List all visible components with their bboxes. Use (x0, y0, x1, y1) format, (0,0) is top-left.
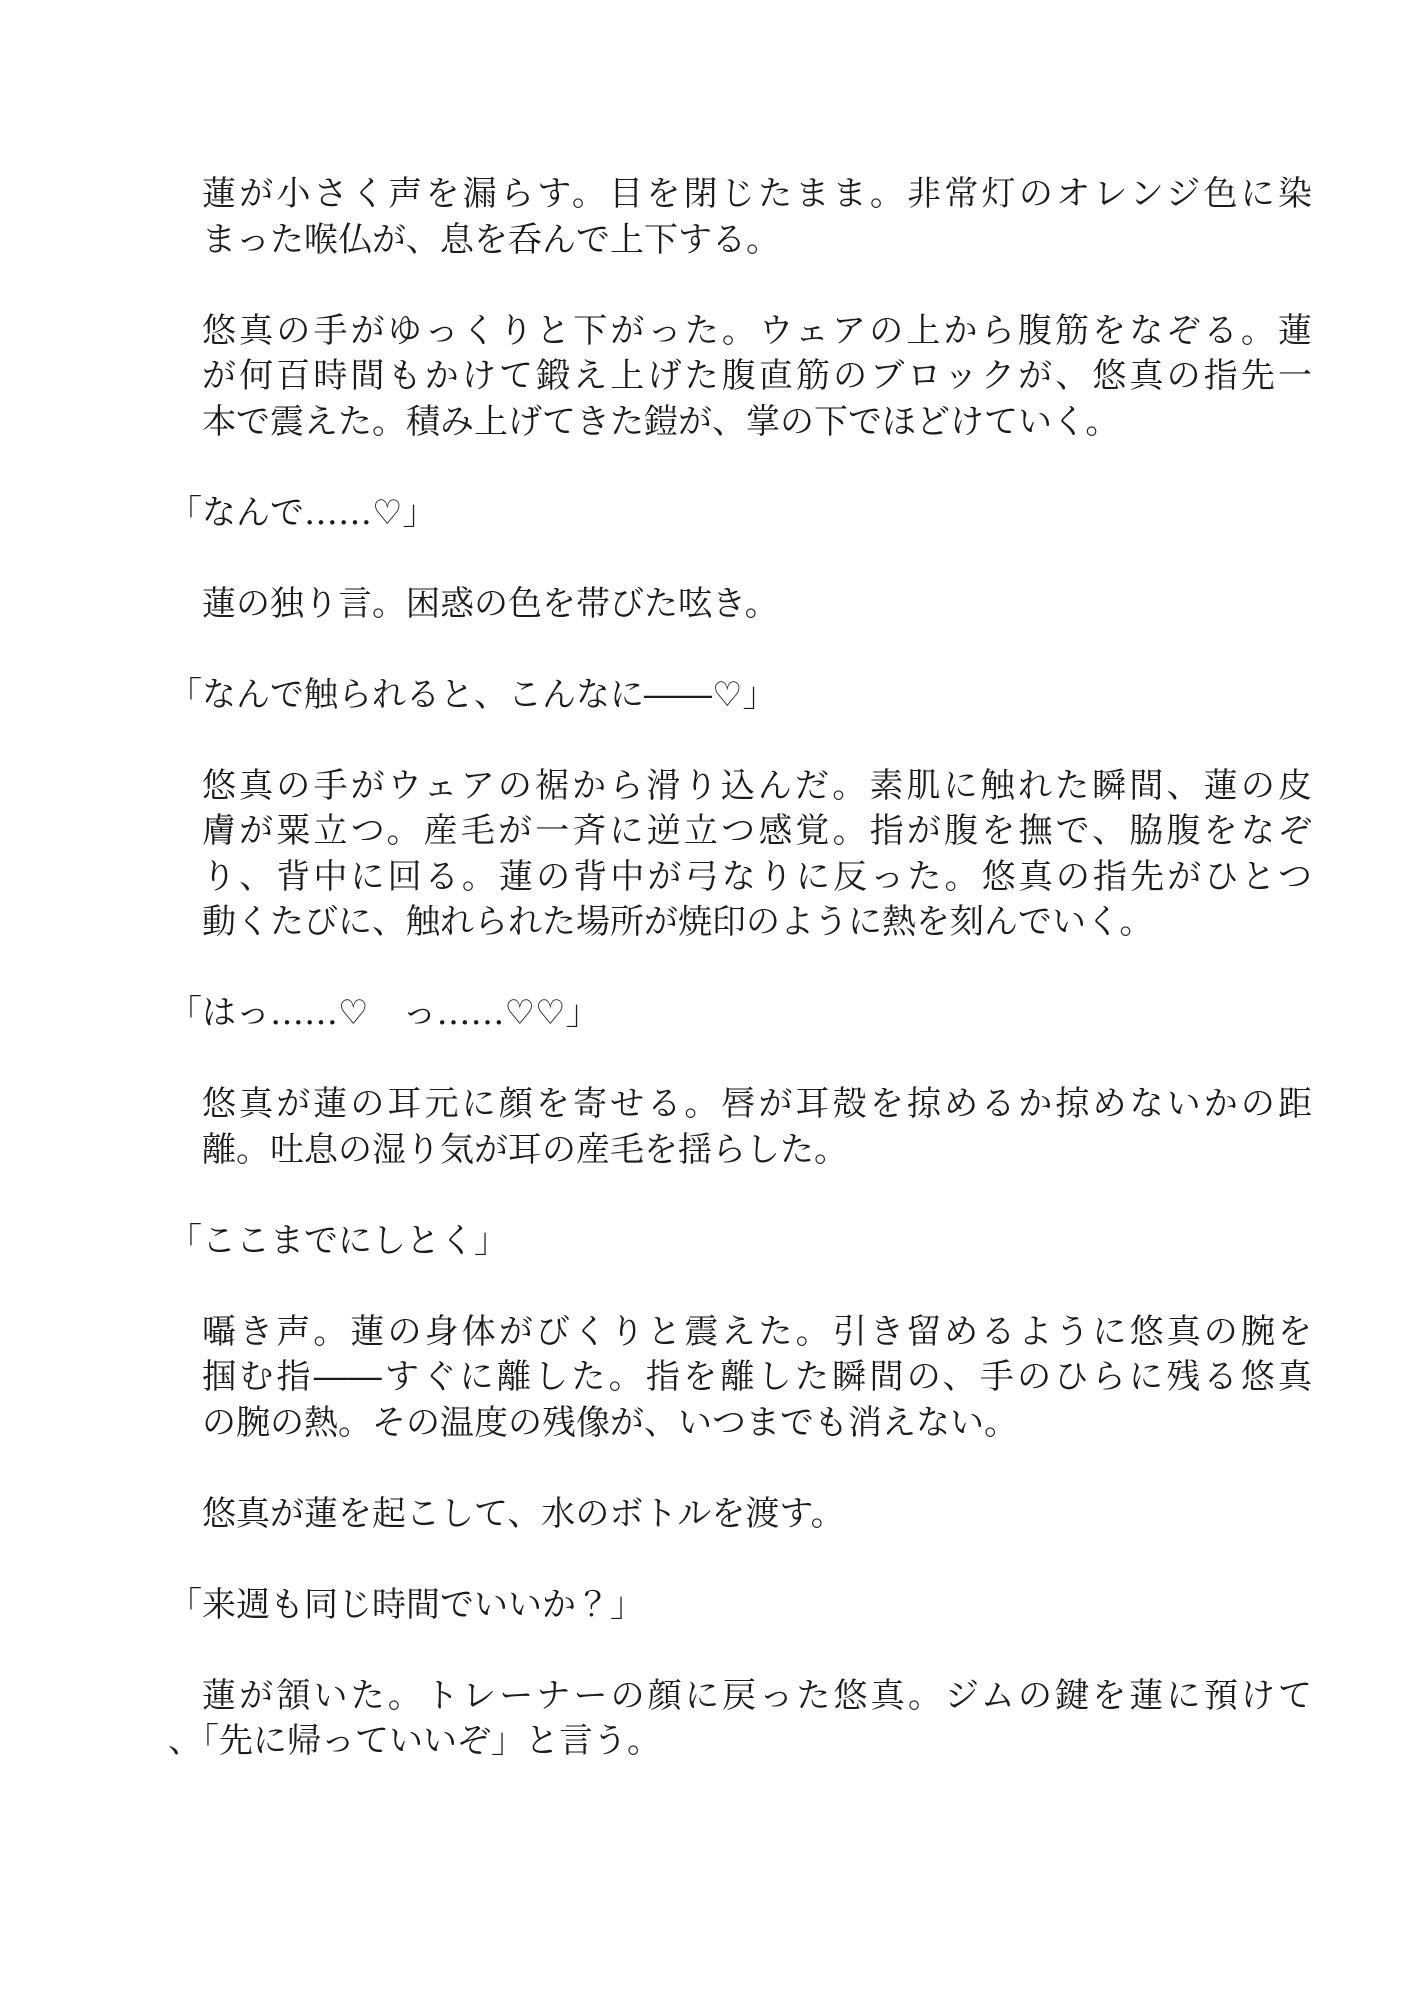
paragraph-1: 蓮が小さく声を漏らす。目を閉じたまま。非常灯のオレンジ色に染まった喉仏が、息を呑… (202, 172, 1312, 263)
dialogue-1: 「なんで……♡」 (202, 491, 1312, 537)
dialogue-3: 「はっ……♡ っ……♡♡」 (202, 991, 1312, 1037)
text-line: 「はっ……♡ っ……♡♡」 (168, 991, 1312, 1037)
text-line: の腕の熱。その温度の残像が、いつまでも消えない。 (202, 1401, 1312, 1447)
text-line: 掴む指――すぐに離した。指を離した瞬間の、手のひらに残る悠真 (202, 1355, 1312, 1401)
text-line: 悠真の手がウェアの裾から滑り込んだ。素肌に触れた瞬間、蓮の皮 (202, 764, 1312, 810)
text-line: 、「先に帰っていいぞ」と言う。 (168, 1719, 1312, 1765)
text-line: 悠真の手がゆっくりと下がった。ウェアの上から腹筋をなぞる。蓮 (202, 309, 1312, 355)
paragraph-5: 悠真が蓮の耳元に顔を寄せる。唇が耳殻を掠めるか掠めないかの距離。吐息の湿り気が耳… (202, 1082, 1312, 1173)
text-line: が何百時間もかけて鍛え上げた腹直筋のブロックが、悠真の指先一 (202, 354, 1312, 400)
text-line: 動くたびに、触れられた場所が焼印のように熱を刻んでいく。 (202, 900, 1312, 946)
text-line: 「なんで……♡」 (168, 491, 1312, 537)
text-line: 蓮の独り言。困惑の色を帯びた呟き。 (202, 582, 1312, 628)
text-line: 本で震えた。積み上げてきた鎧が、掌の下でほどけていく。 (202, 400, 1312, 446)
dialogue-5: 「来週も同じ時間でいいか？」 (202, 1583, 1312, 1629)
paragraph-6: 囁き声。蓮の身体がびくりと震えた。引き留めるように悠真の腕を掴む指――すぐに離し… (202, 1310, 1312, 1447)
text-line: 「なんで触られると、こんなに――♡」 (168, 673, 1312, 719)
text-line: 蓮が小さく声を漏らす。目を閉じたまま。非常灯のオレンジ色に染 (202, 172, 1312, 218)
paragraph-2: 悠真の手がゆっくりと下がった。ウェアの上から腹筋をなぞる。蓮が何百時間もかけて鍛… (202, 309, 1312, 446)
text-line: まった喉仏が、息を呑んで上下する。 (202, 218, 1312, 264)
dialogue-2: 「なんで触られると、こんなに――♡」 (202, 673, 1312, 719)
text-line: 悠真が蓮を起こして、水のボトルを渡す。 (202, 1492, 1312, 1538)
text-line: 「来週も同じ時間でいいか？」 (168, 1583, 1312, 1629)
text-line: 膚が粟立つ。産毛が一斉に逆立つ感覚。指が腹を撫で、脇腹をなぞ (202, 809, 1312, 855)
paragraph-3: 蓮の独り言。困惑の色を帯びた呟き。 (202, 582, 1312, 628)
document-page: 蓮が小さく声を漏らす。目を閉じたまま。非常灯のオレンジ色に染まった喉仏が、息を呑… (202, 172, 1312, 1765)
text-line: り、背中に回る。蓮の背中が弓なりに反った。悠真の指先がひとつ (202, 855, 1312, 901)
text-line: 「ここまでにしとく」 (168, 1219, 1312, 1265)
paragraph-4: 悠真の手がウェアの裾から滑り込んだ。素肌に触れた瞬間、蓮の皮膚が粟立つ。産毛が一… (202, 764, 1312, 946)
text-line: 離。吐息の湿り気が耳の産毛を揺らした。 (202, 1128, 1312, 1174)
dialogue-4: 「ここまでにしとく」 (202, 1219, 1312, 1265)
text-line: 蓮が頷いた。トレーナーの顔に戻った悠真。ジムの鍵を蓮に預けて (202, 1674, 1312, 1720)
paragraph-8: 蓮が頷いた。トレーナーの顔に戻った悠真。ジムの鍵を蓮に預けて、「先に帰っていいぞ… (202, 1674, 1312, 1765)
text-line: 囁き声。蓮の身体がびくりと震えた。引き留めるように悠真の腕を (202, 1310, 1312, 1356)
paragraph-7: 悠真が蓮を起こして、水のボトルを渡す。 (202, 1492, 1312, 1538)
text-line: 悠真が蓮の耳元に顔を寄せる。唇が耳殻を掠めるか掠めないかの距 (202, 1082, 1312, 1128)
